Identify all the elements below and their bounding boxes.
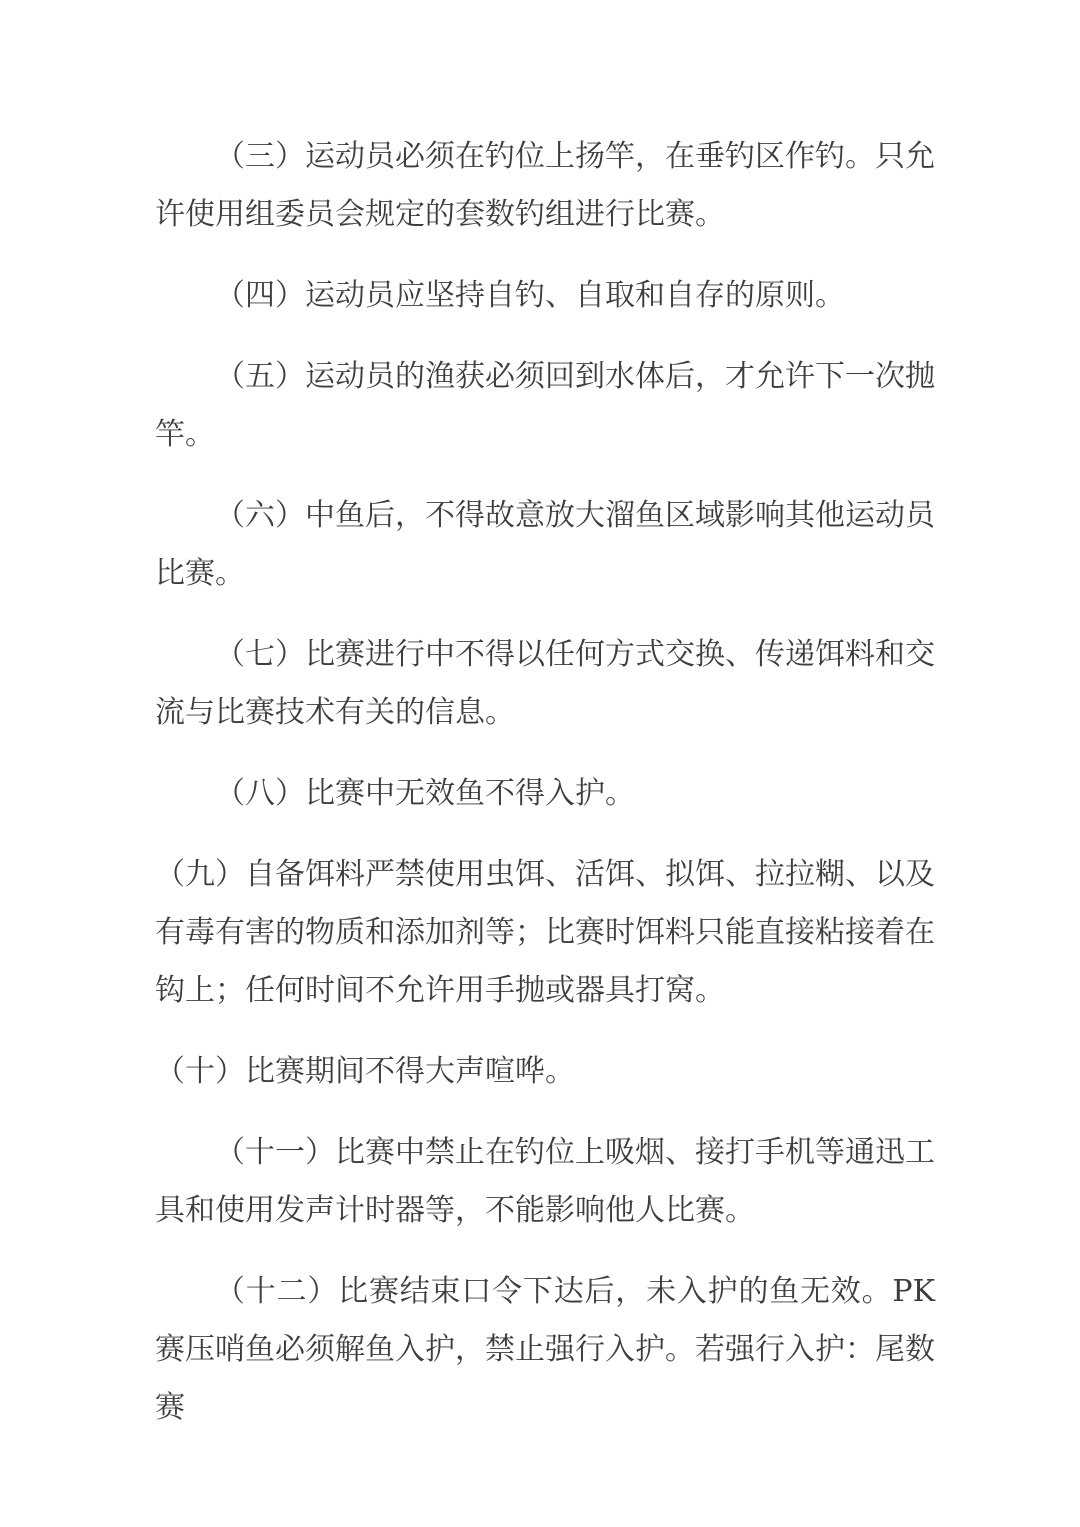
document-page: （三）运动员必须在钓位上扬竿，在垂钓区作钓。只允许使用组委员会规定的套数钓组进行… xyxy=(0,0,1080,1527)
rule-item-10: （十）比赛期间不得大声喧哗。 xyxy=(155,1043,935,1101)
rule-item-11: （十一）比赛中禁止在钓位上吸烟、接打手机等通迅工具和使用发声计时器等，不能影响他… xyxy=(155,1124,935,1240)
rule-item-8: （八）比赛中无效鱼不得入护。 xyxy=(155,765,935,823)
rule-item-12: （十二）比赛结束口令下达后，未入护的鱼无效。PK 赛压哨鱼必须解鱼入护，禁止强行… xyxy=(155,1263,935,1437)
rule-item-4: （四）运动员应坚持自钓、自取和自存的原则。 xyxy=(155,267,935,325)
rule-item-7: （七）比赛进行中不得以任何方式交换、传递饵料和交流与比赛技术有关的信息。 xyxy=(155,626,935,742)
rule-item-5: （五）运动员的渔获必须回到水体后，才允许下一次抛竿。 xyxy=(155,348,935,464)
rule-item-9: （九）自备饵料严禁使用虫饵、活饵、拟饵、拉拉糊、以及有毒有害的物质和添加剂等；比… xyxy=(155,846,935,1020)
rule-item-3: （三）运动员必须在钓位上扬竿，在垂钓区作钓。只允许使用组委员会规定的套数钓组进行… xyxy=(155,128,935,244)
rule-item-6: （六）中鱼后，不得故意放大溜鱼区域影响其他运动员比赛。 xyxy=(155,487,935,603)
document-body: （三）运动员必须在钓位上扬竿，在垂钓区作钓。只允许使用组委员会规定的套数钓组进行… xyxy=(155,128,935,1437)
